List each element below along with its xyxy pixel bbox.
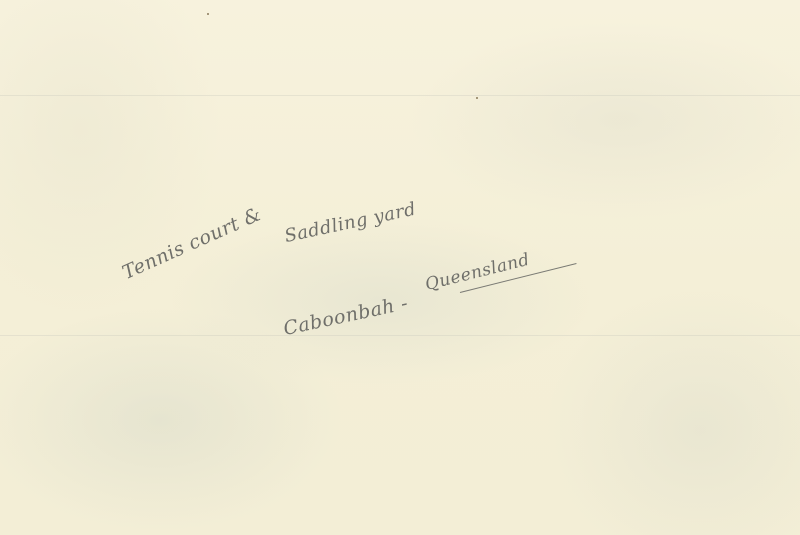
show-through-line — [0, 335, 800, 336]
speck — [207, 13, 209, 15]
show-through-line — [0, 95, 800, 96]
speck — [476, 97, 478, 99]
